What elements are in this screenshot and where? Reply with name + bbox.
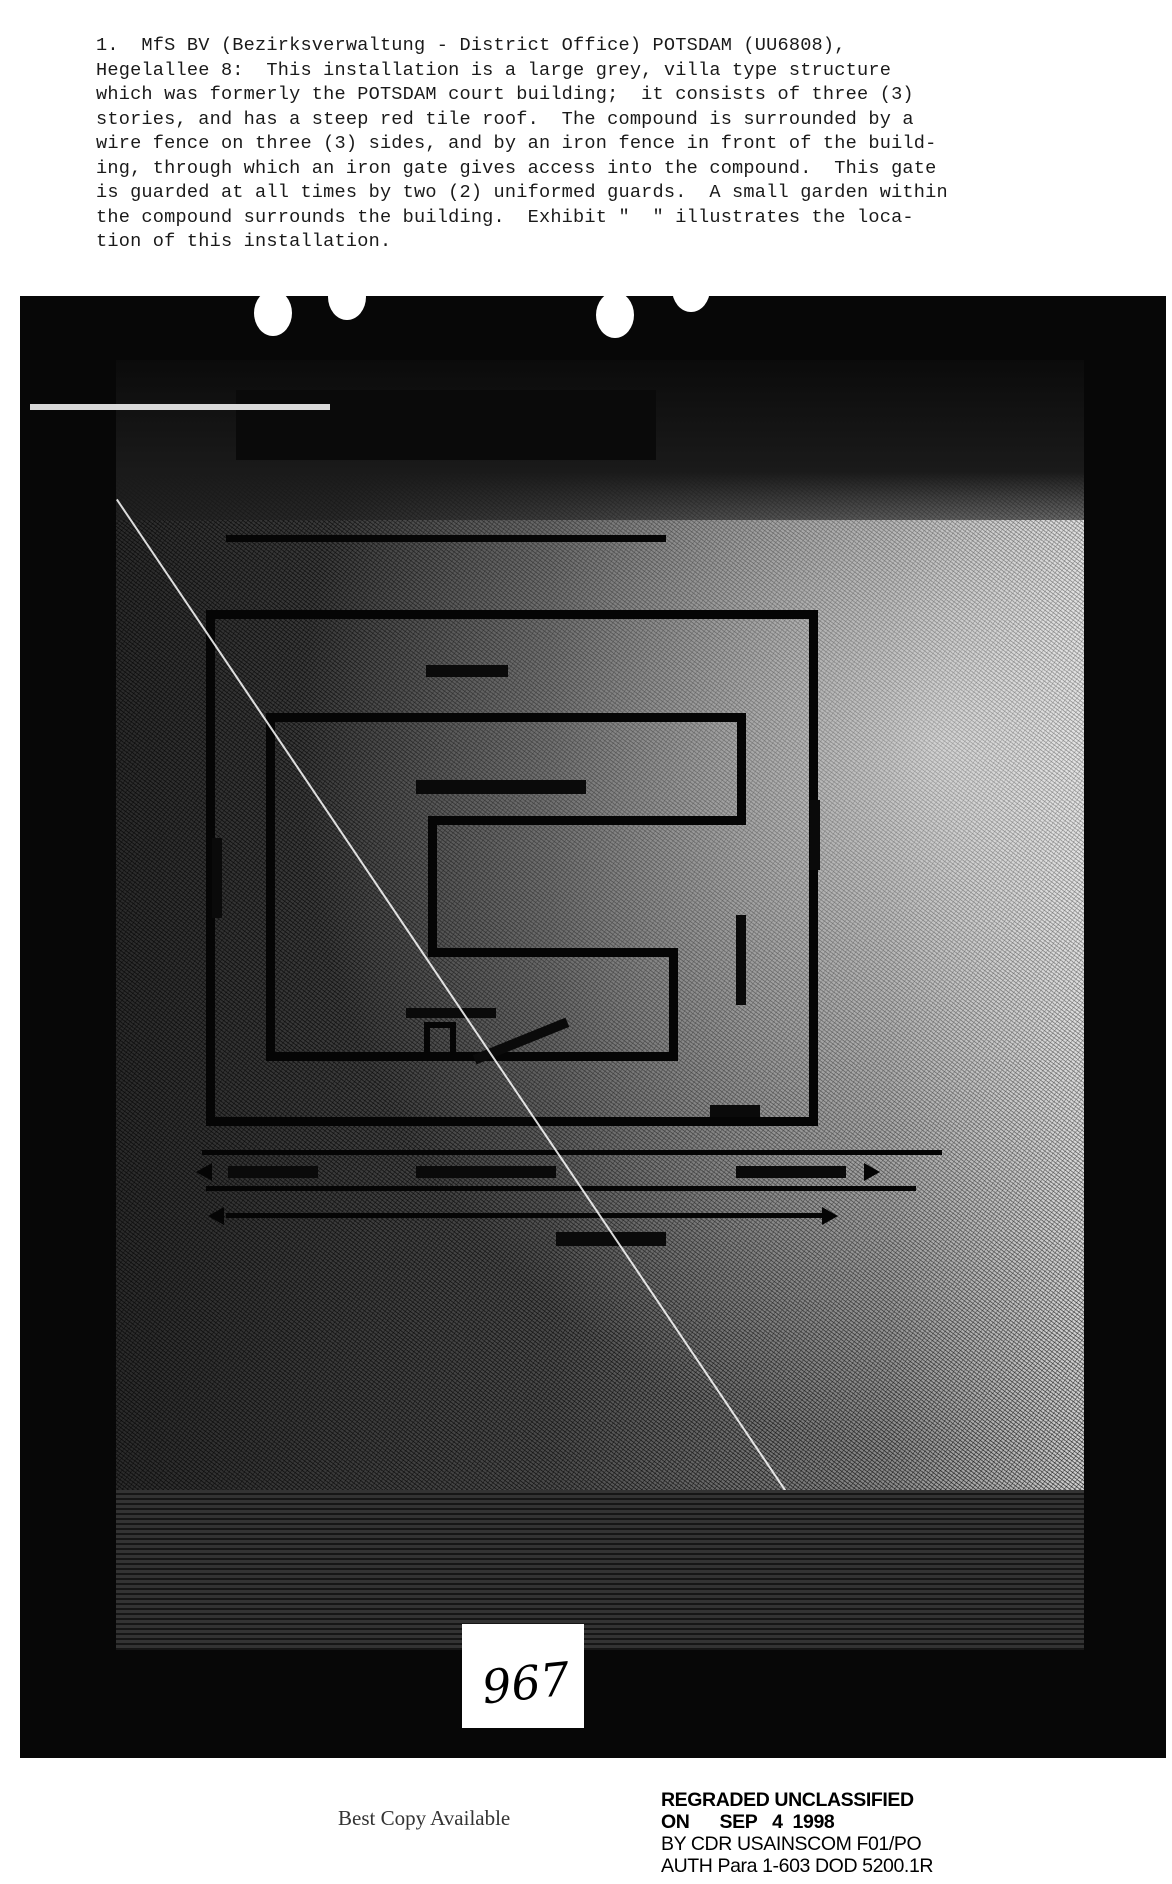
- arrow-right-icon: [822, 1207, 838, 1225]
- label-bar: [406, 1008, 496, 1018]
- stamp-line-4: AUTH Para 1-603 DOD 5200.1R: [661, 1855, 933, 1877]
- label-bar: [416, 780, 586, 794]
- handwritten-number-tag: 967: [462, 1624, 584, 1728]
- punch-hole: [596, 292, 634, 338]
- street-label-bar: [228, 1166, 318, 1178]
- punch-hole: [328, 274, 366, 320]
- arrow-left-icon: [196, 1163, 212, 1181]
- street-label-bar: [736, 1166, 846, 1178]
- report-paragraph: 1. MfS BV (Bezirksverwaltung - District …: [96, 34, 1086, 255]
- label-bar-vertical: [810, 800, 820, 870]
- punch-hole: [672, 266, 710, 312]
- arrow-right-icon: [864, 1163, 880, 1181]
- building-wall-right-upper: [737, 713, 746, 825]
- title-underline: [226, 535, 666, 542]
- street-line: [226, 1213, 826, 1218]
- scan-streak: [30, 404, 330, 410]
- stamp-line-3: BY CDR USAINSCOM F01/PO: [661, 1833, 933, 1855]
- label-bar-vertical: [212, 838, 222, 918]
- building-wall-inner-left: [428, 816, 437, 956]
- building-wall-left: [266, 713, 275, 1059]
- gate-mark: [736, 915, 746, 1005]
- building-wall-bottom: [266, 1052, 678, 1061]
- stamp-line-1: REGRADED UNCLASSIFIED: [661, 1789, 933, 1811]
- building-wall-inner-bottom: [428, 948, 678, 957]
- declassification-stamp: REGRADED UNCLASSIFIED ON SEP 4 1998 BY C…: [661, 1789, 933, 1877]
- exhibit-caption-box: [116, 1490, 1084, 1650]
- exhibit-photocopy: 967: [20, 296, 1166, 1758]
- punch-hole: [254, 290, 292, 336]
- best-copy-note: Best Copy Available: [338, 1806, 510, 1831]
- entrance-box: [424, 1022, 456, 1058]
- street-line: [202, 1150, 942, 1155]
- building-wall-right-lower: [669, 948, 678, 1060]
- street-line: [206, 1186, 916, 1191]
- arrow-left-icon: [208, 1207, 224, 1225]
- building-wall-inner-top: [428, 816, 746, 825]
- stamp-line-2: ON SEP 4 1998: [661, 1811, 933, 1833]
- site-sketch: [116, 360, 1084, 1650]
- label-bar: [710, 1105, 760, 1117]
- label-bar: [426, 665, 508, 677]
- building-wall-top: [266, 713, 746, 722]
- redacted-title-block: [236, 390, 656, 460]
- handwritten-number: 967: [479, 1652, 572, 1715]
- street-label-bar: [416, 1166, 556, 1178]
